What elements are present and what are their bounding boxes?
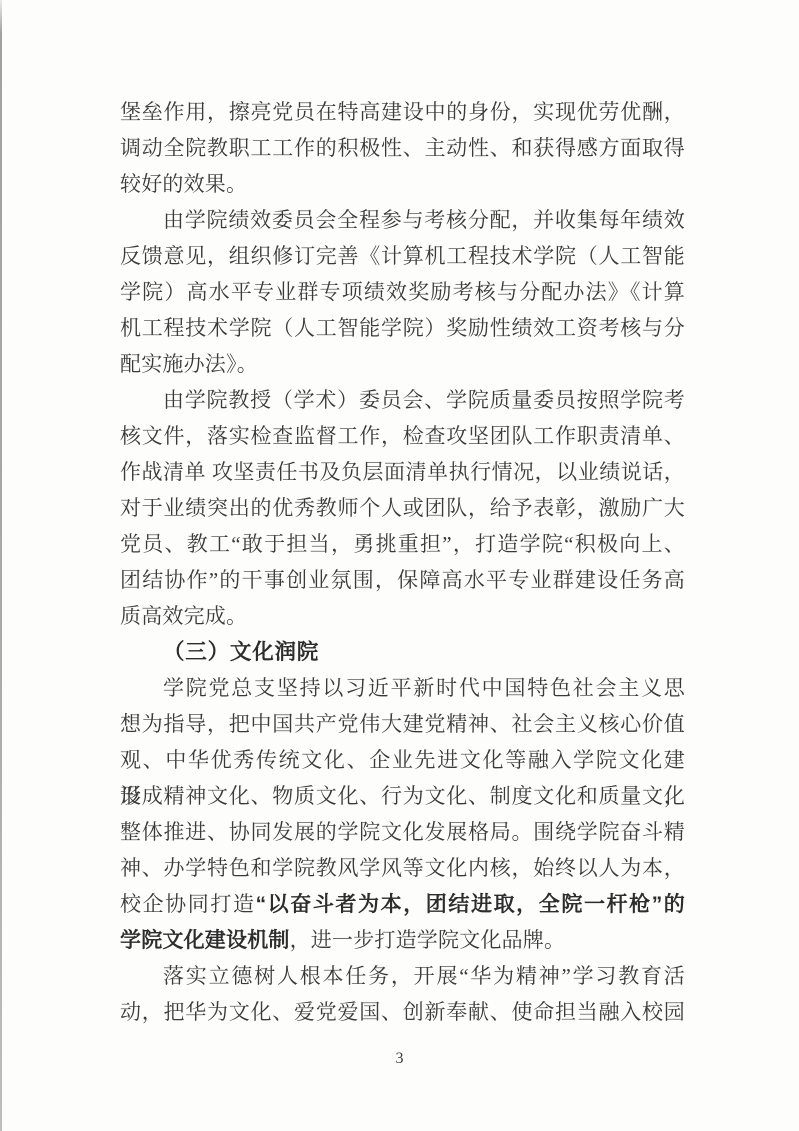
text-line: 神、办学特色和学院教风学风等文化内核，始终以人为本， [120, 850, 685, 886]
text-line: 学院文化建设机制，进一步打造学院文化品牌。 [120, 922, 685, 958]
text-line: 核文件，落实检查监督工作，检查攻坚团队工作职责清单、 [120, 418, 685, 454]
scan-edge-artifact [0, 0, 2, 1131]
page-number: 3 [0, 1050, 799, 1068]
text-line: 堡垒作用，擦亮党员在特高建设中的身份，实现优劳优酬， [120, 94, 685, 130]
text-line: 对于业绩突出的优秀教师个人或团队，给予表彰，激励广大 [120, 490, 685, 526]
text-line: 整体推进、协同发展的学院文化发展格局。围绕学院奋斗精 [120, 814, 685, 850]
text-line: 学院）高水平专业群专项绩效奖励考核与分配办法》《计算 [120, 274, 685, 310]
section-heading-culture: （三）文化润院 [120, 634, 685, 670]
text-line: 由学院教授（学术）委员会、学院质量委员按照学院考 [120, 382, 685, 418]
text-line: 由学院绩效委员会全程参与考核分配，并收集每年绩效 [120, 202, 685, 238]
text-line: 调动全院教职工工作的积极性、主动性、和获得感方面取得 [120, 130, 685, 166]
text-line: 团结协作”的干事创业氛围，保障高水平专业群建设任务高 [120, 562, 685, 598]
document-page: 堡垒作用，擦亮党员在特高建设中的身份，实现优劳优酬， 调动全院教职工工作的积极性… [0, 0, 799, 1131]
text-segment-bold: 学院文化建设机制 [120, 929, 290, 952]
text-line: 形成精神文化、物质文化、行为文化、制度文化和质量文化 [120, 778, 685, 814]
text-line: 党员、教工“敢于担当，勇挑重担”，打造学院“积极向上、 [120, 526, 685, 562]
text-line: 较好的效果。 [120, 166, 685, 202]
text-line: 学院党总支坚持以习近平新时代中国特色社会主义思 [120, 670, 685, 706]
text-line: 作战清单 攻坚责任书及负层面清单执行情况，以业绩说话， [120, 454, 685, 490]
text-line: 动，把华为文化、爱党爱国、创新奉献、使命担当融入校园 [120, 994, 685, 1030]
text-line: 校企协同打造“以奋斗者为本，团结进取，全院一杆枪”的 [120, 886, 685, 922]
text-segment: 校企协同打造 [120, 892, 256, 916]
text-line: 质高效完成。 [120, 598, 685, 634]
text-line: 观、中华优秀传统文化、企业先进文化等融入学院文化建设， [120, 742, 685, 778]
text-line: 反馈意见，组织修订完善《计算机工程技术学院（人工智能 [120, 238, 685, 274]
text-line: 配实施办法》。 [120, 346, 685, 382]
text-segment-bold: “以奋斗者为本，团结进取，全院一杆枪”的 [256, 893, 685, 916]
text-line: 想为指导，把中国共产党伟大建党精神、社会主义核心价值 [120, 706, 685, 742]
text-line: 落实立德树人根本任务，开展“华为精神”学习教育活 [120, 958, 685, 994]
text-segment: ，进一步打造学院文化品牌。 [290, 928, 566, 952]
document-body: 堡垒作用，擦亮党员在特高建设中的身份，实现优劳优酬， 调动全院教职工工作的积极性… [120, 94, 685, 1030]
text-line: 机工程技术学院（人工智能学院）奖励性绩效工资考核与分 [120, 310, 685, 346]
